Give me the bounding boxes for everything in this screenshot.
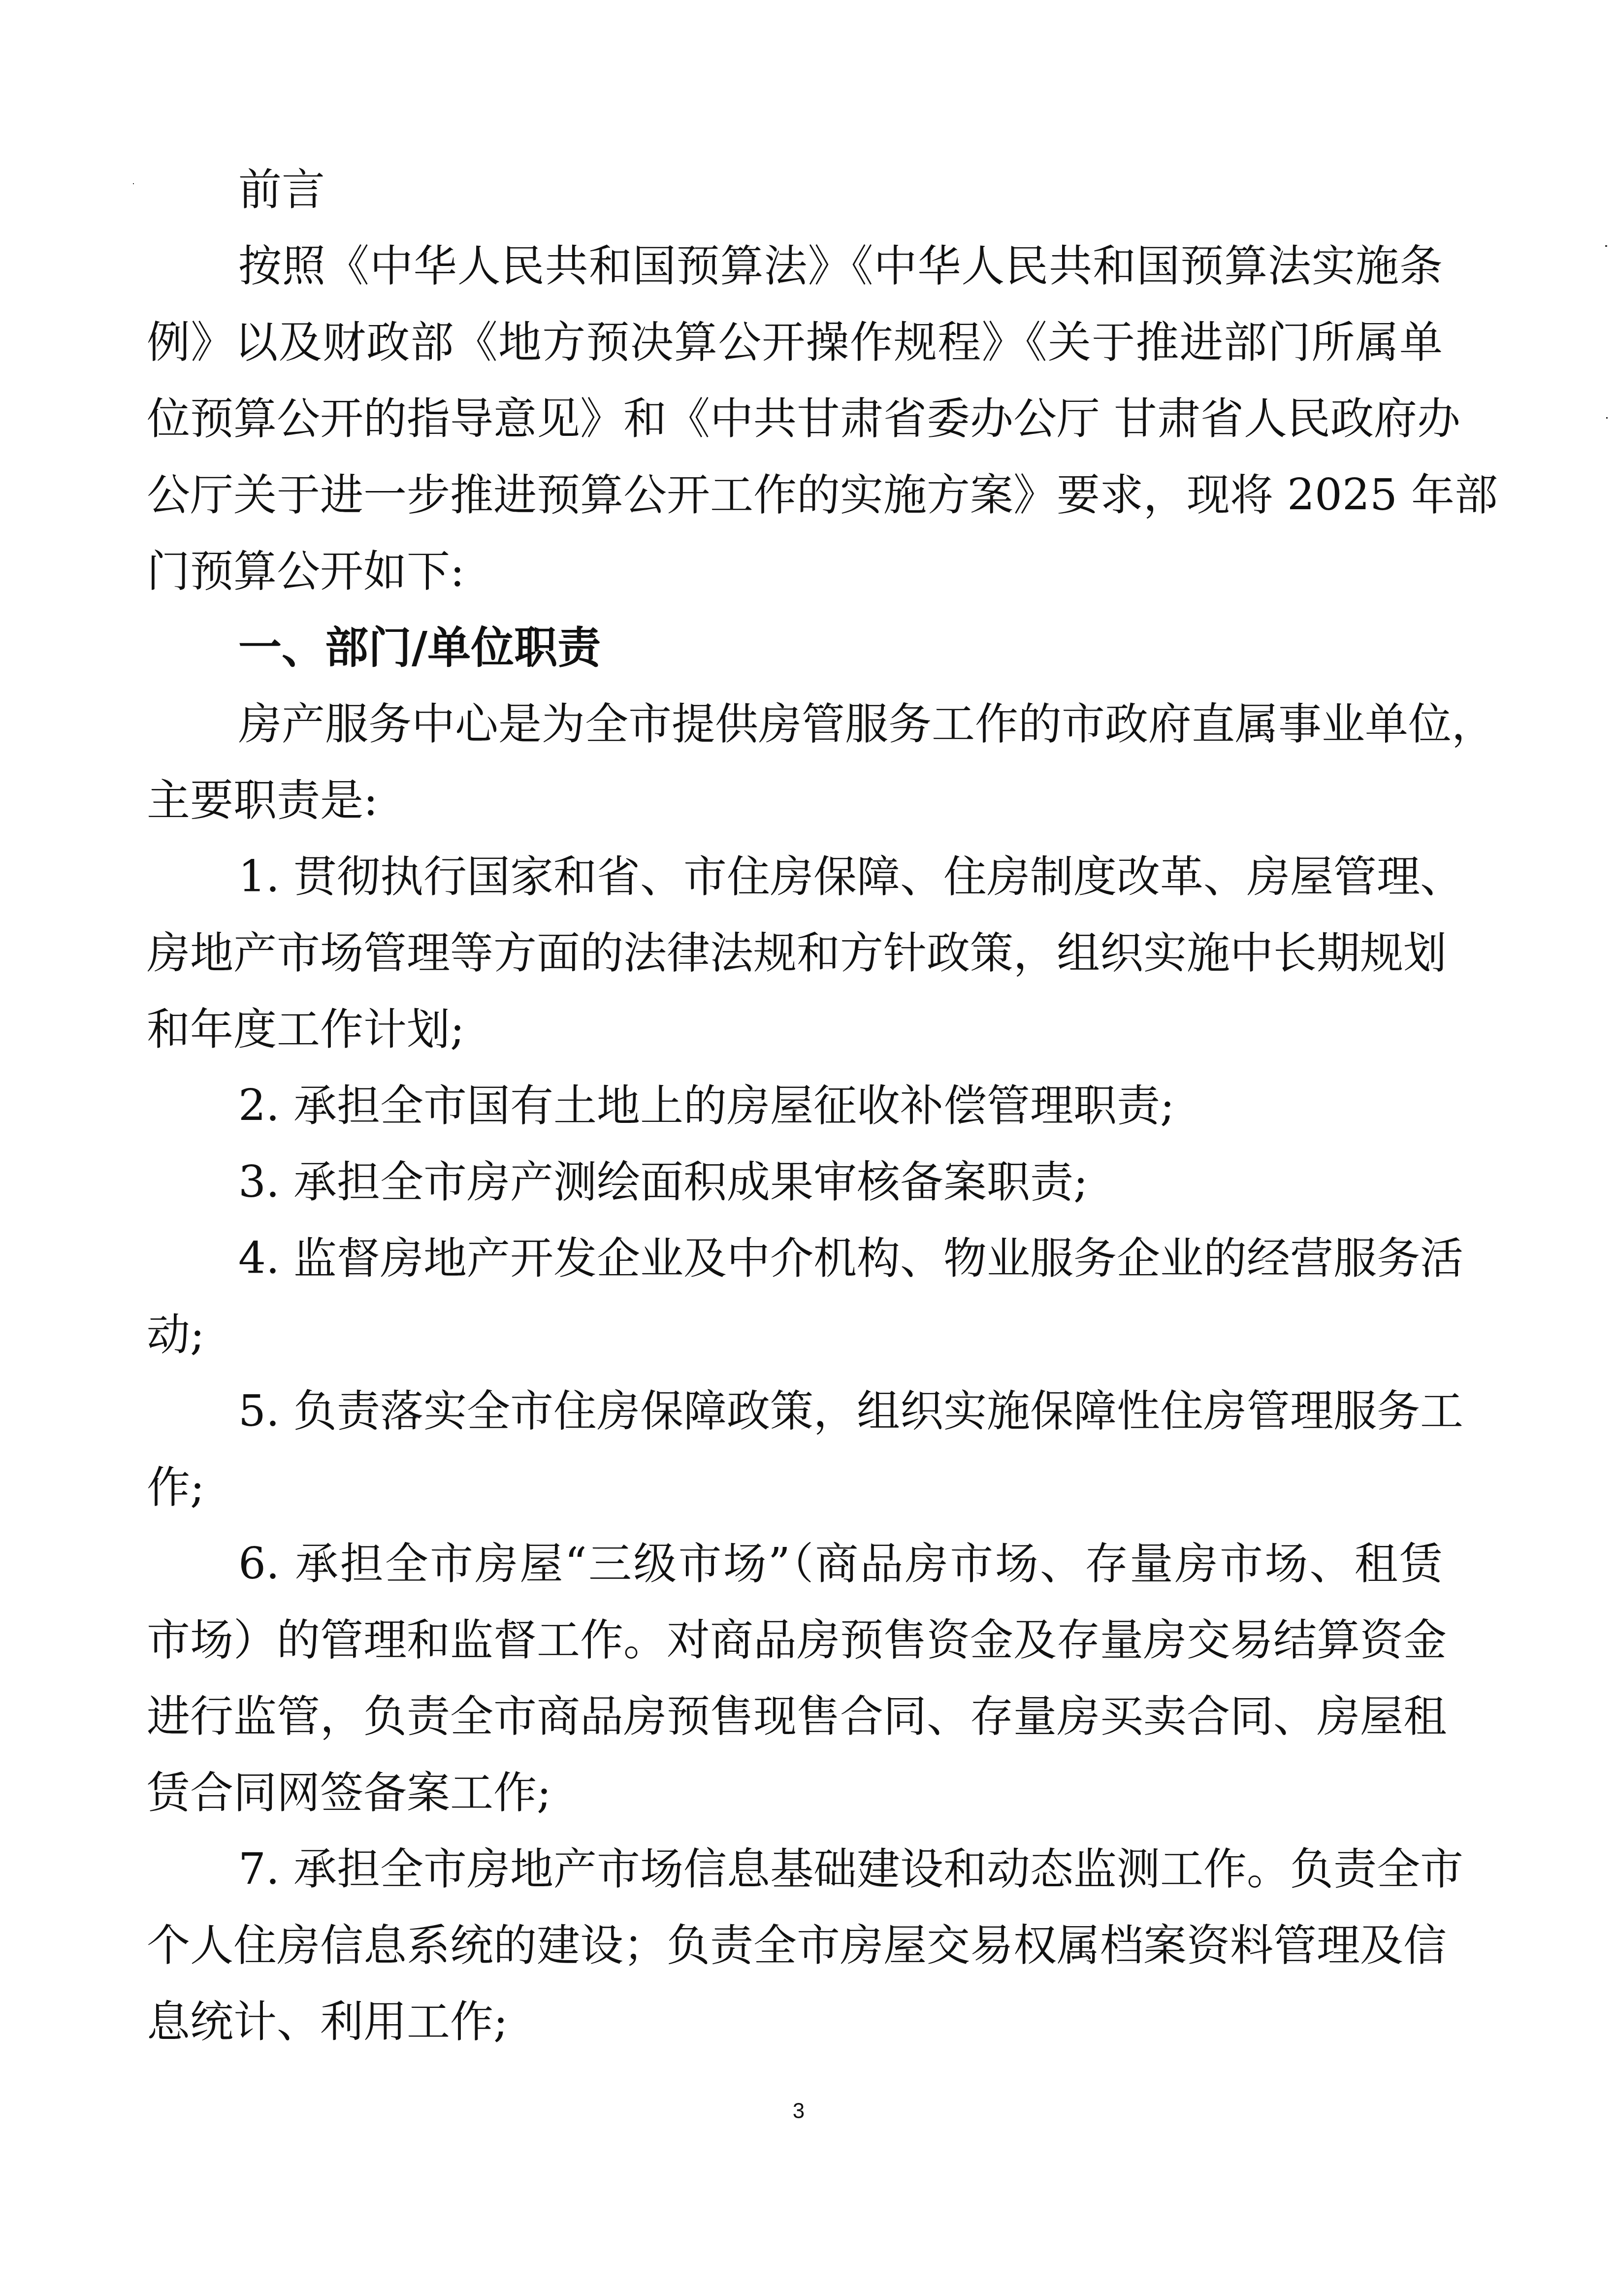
scan-speck — [1605, 245, 1607, 247]
scan-speck — [1606, 417, 1608, 419]
paragraph-line: 作; — [147, 1463, 1443, 1539]
duty-item-6: 6. 承担全市房屋“三级市场”（商品房市场、存量房市场、租赁 — [238, 1539, 1443, 1615]
paragraph-line: 市场）的管理和监督工作。对商品房预售资金及存量房交易结算资金 — [147, 1615, 1443, 1692]
page-number: 3 — [788, 2099, 809, 2124]
paragraph-line: 门预算公开如下: — [147, 547, 1443, 623]
duty-item-1: 1. 贯彻执行国家和省、市住房保障、住房制度改革、房屋管理、 — [238, 852, 1443, 928]
duty-item-5: 5. 负责落实全市住房保障政策，组织实施保障性住房管理服务工 — [238, 1386, 1443, 1463]
paragraph-line: 位预算公开的指导意见》和《中共甘肃省委办公厅 甘肃省人民政府办 — [147, 394, 1443, 470]
paragraph-line: 进行监管，负责全市商品房预售现售合同、存量房买卖合同、房屋租 — [147, 1692, 1443, 1768]
paragraph-line: 例》以及财政部《地方预决算公开操作规程》《关于推进部门所属单 — [147, 318, 1443, 394]
section-heading: 一、部门/单位职责 — [238, 623, 1443, 699]
paragraph-line: 息统计、利用工作; — [147, 1997, 1443, 2073]
paragraph-line: 动; — [147, 1310, 1443, 1386]
paragraph-line: 按照《中华人民共和国预算法》《中华人民共和国预算法实施条 — [238, 241, 1443, 318]
preface-title: 前言 — [238, 165, 1443, 241]
paragraph-line: 个人住房信息系统的建设；负责全市房屋交易权属档案资料管理及信 — [147, 1921, 1443, 1997]
duty-item-2: 2. 承担全市国有土地上的房屋征收补偿管理职责; — [238, 1081, 1443, 1157]
paragraph-line: 公厅关于进一步推进预算公开工作的实施方案》要求，现将 2025 年部 — [147, 470, 1443, 547]
duty-item-3: 3. 承担全市房产测绘面积成果审核备案职责; — [238, 1157, 1443, 1234]
paragraph-line: 主要职责是: — [147, 776, 1443, 852]
scan-speck — [133, 183, 134, 184]
paragraph-line: 房产服务中心是为全市提供房管服务工作的市政府直属事业单位， — [238, 699, 1443, 776]
paragraph-line: 房地产市场管理等方面的法律法规和方针政策，组织实施中长期规划 — [147, 928, 1443, 1005]
document-page: 前言 按照《中华人民共和国预算法》《中华人民共和国预算法实施条 例》以及财政部《… — [0, 0, 1616, 2296]
paragraph-line: 赁合同网签备案工作; — [147, 1768, 1443, 1844]
duty-item-7: 7. 承担全市房地产市场信息基础建设和动态监测工作。负责全市 — [238, 1844, 1443, 1921]
duty-item-4: 4. 监督房地产开发企业及中介机构、物业服务企业的经营服务活 — [238, 1234, 1443, 1310]
paragraph-line: 和年度工作计划; — [147, 1005, 1443, 1081]
